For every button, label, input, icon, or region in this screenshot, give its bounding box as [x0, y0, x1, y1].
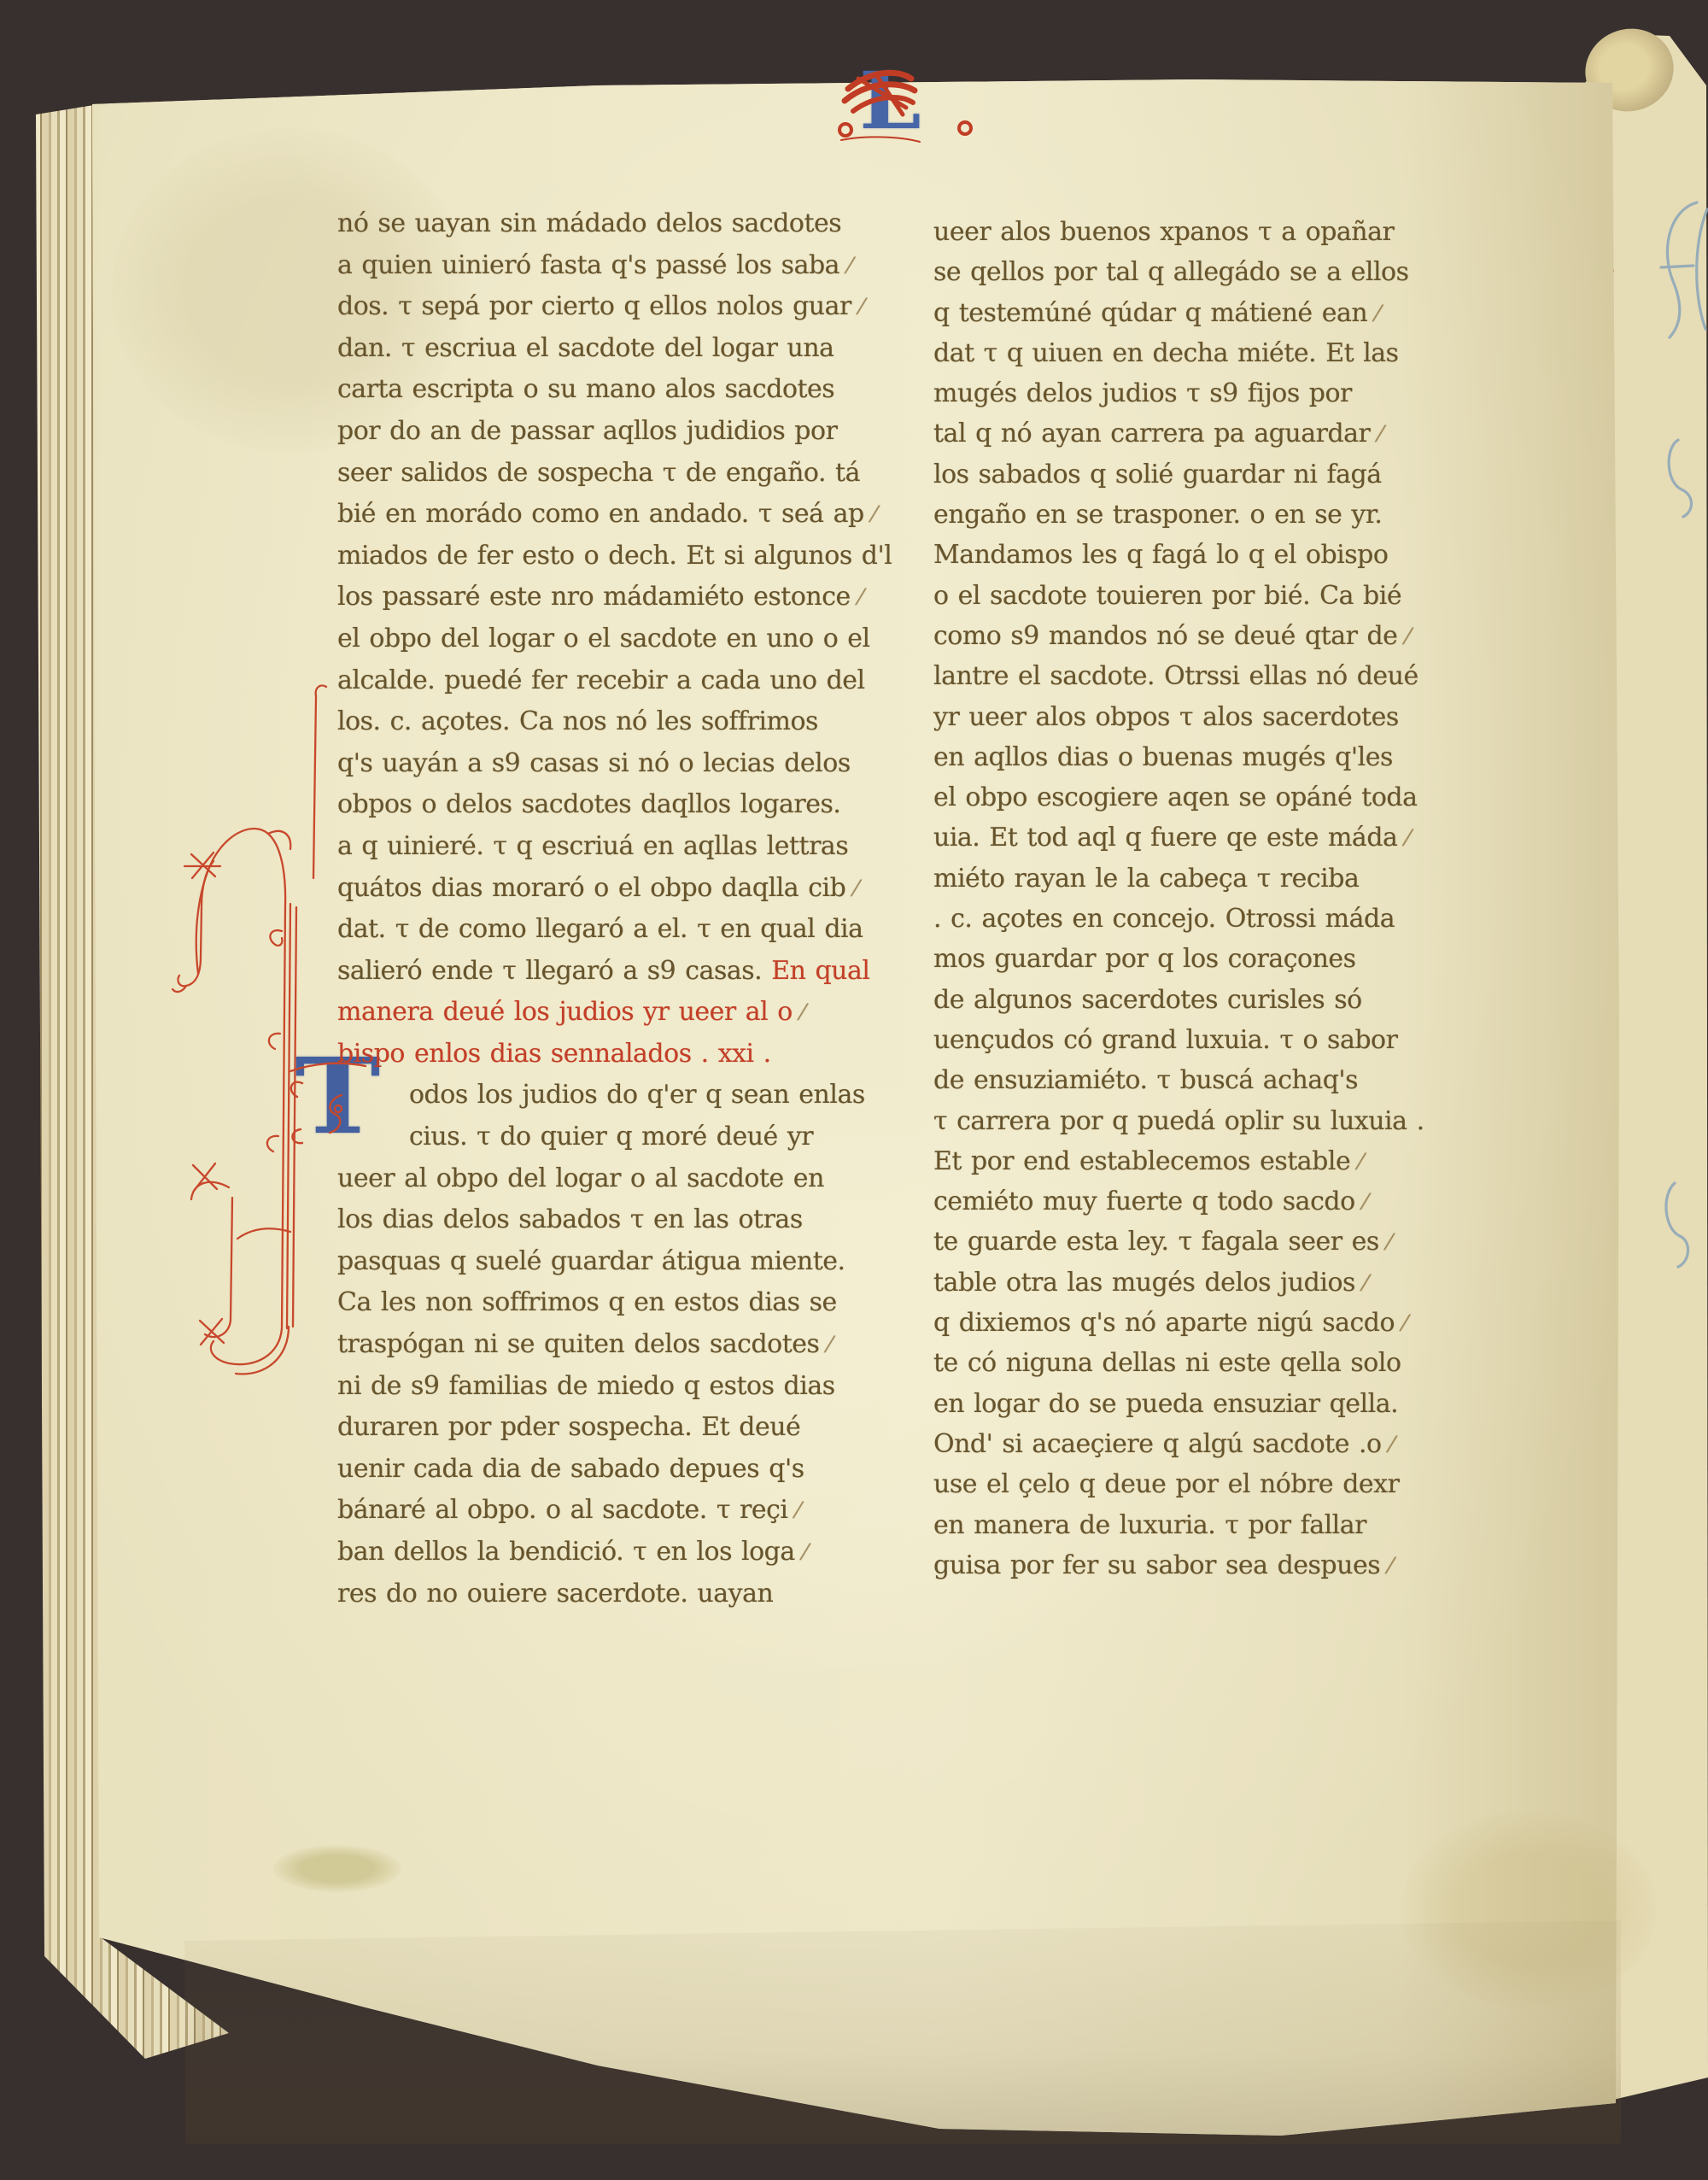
manuscript-photo: L: [0, 0, 1708, 2180]
text-line: traspógan ni se quiten delos sacdotes⁄: [337, 1324, 935, 1366]
rubric-text: manera deué los judios yr ueer al o: [337, 997, 793, 1027]
body-text: se qellos por tal q allegádo se a ellos: [933, 257, 1409, 287]
body-text: en manera de luxuria. τ por fallar: [933, 1510, 1366, 1540]
body-text: te có niguna dellas ni este qella solo: [933, 1348, 1401, 1378]
text-line: dat. τ de como llegaró a el. τ en qual d…: [337, 909, 935, 951]
body-text: table otra las mugés delos judios: [933, 1268, 1355, 1298]
text-line: Ond' si acaeçiere q algú sacdote .o⁄: [933, 1424, 1531, 1464]
body-text: los. c. açotes. Ca nos nó les soffrimos: [337, 706, 818, 736]
line-end-flourish: ⁄: [797, 1498, 800, 1524]
text-line: a q uinieré. τ q escriuá en aqllas lettr…: [337, 826, 935, 868]
text-line: quátos dias moraró o el obpo daqlla cib⁄: [337, 868, 935, 910]
folio-letter: L: [859, 58, 921, 144]
text-line: carta escripta o su mano alos sacdotes: [337, 369, 935, 411]
body-text: bánaré al obpo. o al sacdote. τ reçi: [337, 1495, 788, 1525]
text-line: yr ueer alos obpos τ alos sacerdotes: [933, 697, 1531, 737]
text-line: table otra las mugés delos judios⁄: [933, 1263, 1531, 1303]
line-end-flourish: ⁄: [828, 1333, 831, 1358]
body-text: odos los judios do q'er q sean enlas: [409, 1080, 865, 1110]
line-end-flourish: ⁄: [873, 502, 876, 528]
body-text: por do an de passar aqllos judidios por: [337, 416, 837, 446]
text-line: Ca les non soffrimos q en estos dias se: [337, 1282, 935, 1324]
text-line: q's uayán a s9 casas si nó o lecias delo…: [337, 743, 935, 785]
text-line: lantre el sacdote. Otrssi ellas nó deué: [933, 656, 1531, 696]
body-text: q testemúné qúdar q mátiené ean: [933, 298, 1367, 328]
text-line: nó se uayan sin mádado delos sacdotes: [337, 203, 935, 245]
text-line: obpos o delos sacdotes daqllos logares.: [337, 784, 935, 826]
body-text: q's uayán a s9 casas si nó o lecias delo…: [337, 748, 851, 778]
body-text: q dixiemos q's nó aparte nigú sacdo: [933, 1308, 1395, 1338]
text-line: ban dellos la bendició. τ en los loga⁄: [337, 1532, 935, 1573]
text-line: alcalde. puedé fer recebir a cada uno de…: [337, 660, 935, 702]
body-text: cemiéto muy fuerte q todo sacdo: [933, 1187, 1355, 1216]
text-line: seer salidos de sospecha τ de engaño. tá: [337, 453, 935, 495]
body-text: seer salidos de sospecha τ de engaño. tá: [337, 458, 860, 488]
text-line: odos los judios do q'er q sean enlas: [337, 1075, 935, 1116]
line-end-flourish: ⁄: [1359, 1150, 1362, 1175]
body-text: miéto rayan le la cabeça τ reciba: [933, 864, 1359, 894]
line-end-flourish: ⁄: [1376, 302, 1379, 327]
text-line: se qellos por tal q allegádo se a ellos: [933, 252, 1531, 292]
text-line: en logar do se pueda ensuziar qella.: [933, 1384, 1531, 1424]
line-end-flourish: ⁄: [1406, 826, 1409, 852]
text-line: bispo enlos dias sennalados . xxi .: [337, 1034, 935, 1075]
text-line: mos guardar por q los coraçones: [933, 939, 1531, 979]
body-text: Mandamos les q fagá lo q el obispo: [933, 540, 1388, 570]
line-end-flourish: ⁄: [848, 254, 851, 279]
line-end-flourish: ⁄: [1406, 624, 1409, 650]
body-text: lantre el sacdote. Otrssi ellas nó deué: [933, 661, 1418, 691]
body-text: ban dellos la bendició. τ en los loga: [337, 1537, 795, 1567]
body-text: quátos dias moraró o el obpo daqlla cib: [337, 873, 845, 903]
text-line: en aqllos dias o buenas mugés q'les: [933, 737, 1531, 777]
text-line: cemiéto muy fuerte q todo sacdo⁄: [933, 1181, 1531, 1222]
body-text: obpos o delos sacdotes daqllos logares.: [337, 789, 840, 819]
body-text: pasquas q suelé guardar átigua miente.: [337, 1246, 845, 1276]
body-text: engaño en se trasponer. o en se yr.: [933, 500, 1382, 530]
body-text: duraren por pder sospecha. Et deué: [337, 1412, 800, 1442]
body-text: . c. açotes en concejo. Otrossi máda: [933, 904, 1395, 934]
rubric-text: bispo enlos dias sennalados . xxi .: [337, 1039, 771, 1069]
body-text: Et por end establecemos estable: [933, 1146, 1350, 1176]
body-text: el obpo del logar o el sacdote en uno o …: [337, 624, 870, 653]
text-column-right: ueer alos buenos xpanos τ a opañarse qel…: [933, 212, 1531, 1585]
body-text: uenir cada dia de sabado depues q's: [337, 1454, 804, 1484]
line-end-flourish: ⁄: [1388, 1230, 1391, 1256]
text-line: uençudos có grand luxuia. τ o sabor: [933, 1020, 1531, 1060]
text-line: por do an de passar aqllos judidios por: [337, 411, 935, 453]
body-text: los sabados q solié guardar ni fagá: [933, 460, 1382, 489]
text-line: pasquas q suelé guardar átigua miente.: [337, 1241, 935, 1283]
text-line: dan. τ escriua el sacdote del logar una: [337, 328, 935, 370]
body-text: como s9 mandos nó se deué qtar de: [933, 621, 1397, 651]
body-text: ueer al obpo del logar o al sacdote en: [337, 1163, 824, 1193]
body-text: nó se uayan sin mádado delos sacdotes: [337, 208, 841, 238]
body-text: uia. Et tod aql q fuere qe este máda: [933, 823, 1397, 853]
body-text: τ carrera por q puedá oplir su luxuia .: [933, 1106, 1424, 1136]
body-text: ni de s9 familias de miedo q estos dias: [337, 1371, 835, 1401]
text-line: los sabados q solié guardar ni fagá: [933, 454, 1531, 495]
text-line: o el sacdote touieren por bié. Ca bié: [933, 576, 1531, 616]
line-end-flourish: ⁄: [804, 1540, 807, 1566]
body-text: dat. τ de como llegaró a el. τ en qual d…: [337, 914, 863, 944]
body-text: miados de fer esto o dech. Et si algunos…: [337, 541, 892, 571]
text-line: miéto rayan le la cabeça τ reciba: [933, 859, 1531, 899]
body-text: mos guardar por q los coraçones: [933, 944, 1356, 974]
body-text: bié en morádo como en andado. τ seá ap: [337, 499, 864, 529]
body-text: yr ueer alos obpos τ alos sacerdotes: [933, 702, 1399, 732]
body-text: a quien uinieró fasta q's passé los saba: [337, 250, 839, 280]
text-line: bánaré al obpo. o al sacdote. τ reçi⁄: [337, 1490, 935, 1532]
text-line: ni de s9 familias de miedo q estos dias: [337, 1366, 935, 1408]
text-line: ueer alos buenos xpanos τ a opañar: [933, 212, 1531, 252]
text-line: uenir cada dia de sabado depues q's: [337, 1449, 935, 1491]
body-text: guisa por fer su sabor sea despues: [933, 1550, 1380, 1580]
line-end-flourish: ⁄: [801, 1000, 804, 1026]
text-line: el obpo del logar o el sacdote en uno o …: [337, 618, 935, 660]
text-line: como s9 mandos nó se deué qtar de⁄: [933, 616, 1531, 656]
text-line: el obpo escogiere aqen se opáné toda: [933, 777, 1531, 817]
line-end-flourish: ⁄: [854, 876, 857, 902]
body-text: de algunos sacerdotes curisles só: [933, 985, 1362, 1015]
line-end-flourish: ⁄: [1364, 1190, 1367, 1216]
line-end-flourish: ⁄: [1403, 1311, 1407, 1337]
text-column-left: nó se uayan sin mádado delos sacdotesa q…: [337, 203, 935, 1614]
text-line: duraren por pder sospecha. Et deué: [337, 1407, 935, 1449]
line-end-flourish: ⁄: [860, 295, 863, 320]
body-text: salieró ende τ llegaró a s9 casas.: [337, 956, 771, 986]
body-text: en logar do se pueda ensuziar qella.: [933, 1389, 1398, 1419]
text-line: Mandamos les q fagá lo q el obispo: [933, 535, 1531, 575]
body-text: cius. τ do quier q moré deué yr: [409, 1122, 813, 1152]
text-line: res do no ouiere sacerdote. uayan: [337, 1573, 935, 1615]
text-line: uia. Et tod aql q fuere qe este máda⁄: [933, 817, 1531, 858]
body-text: Ca les non soffrimos q en estos dias se: [337, 1287, 837, 1317]
body-text: dat τ q uiuen en decha miéte. Et las: [933, 338, 1399, 368]
body-text: el obpo escogiere aqen se opáné toda: [933, 782, 1418, 812]
body-text: tal q nó ayan carrera pa aguardar: [933, 419, 1370, 448]
line-end-flourish: ⁄: [859, 585, 863, 611]
text-line: use el çelo q deue por el nóbre dexr: [933, 1464, 1531, 1504]
body-text: use el çelo q deue por el nóbre dexr: [933, 1469, 1399, 1499]
text-line: . c. açotes en concejo. Otrossi máda: [933, 899, 1531, 939]
text-line: salieró ende τ llegaró a s9 casas. En qu…: [337, 951, 935, 993]
text-line: cius. τ do quier q moré deué yr: [337, 1116, 935, 1158]
rubric-text: En qual: [771, 956, 869, 986]
text-line: de ensuziamiéto. τ buscá achaq's: [933, 1060, 1531, 1100]
body-text: Ond' si acaeçiere q algú sacdote .o: [933, 1429, 1382, 1459]
text-line: en manera de luxuria. τ por fallar: [933, 1505, 1531, 1545]
body-text: mugés delos judios τ s9 fijos por: [933, 378, 1352, 408]
body-text: traspógan ni se quiten delos sacdotes: [337, 1329, 819, 1359]
body-text: los dias delos sabados τ en las otras: [337, 1204, 803, 1234]
text-line: los passaré este nro mádamiéto estonce⁄: [337, 577, 935, 618]
text-line: los. c. açotes. Ca nos nó les soffrimos: [337, 701, 935, 743]
text-line: bié en morádo como en andado. τ seá ap⁄: [337, 494, 935, 536]
body-text: res do no ouiere sacerdote. uayan: [337, 1579, 773, 1609]
body-text: en aqllos dias o buenas mugés q'les: [933, 742, 1393, 772]
text-line: τ carrera por q puedá oplir su luxuia .: [933, 1101, 1531, 1141]
text-line: dat τ q uiuen en decha miéte. Et las: [933, 333, 1531, 373]
text-line: mugés delos judios τ s9 fijos por: [933, 373, 1531, 413]
body-text: uençudos có grand luxuia. τ o sabor: [933, 1025, 1397, 1055]
text-line: manera deué los judios yr ueer al o⁄: [337, 992, 935, 1034]
text-line: tal q nó ayan carrera pa aguardar⁄: [933, 413, 1531, 454]
text-line: los dias delos sabados τ en las otras: [337, 1199, 935, 1241]
text-line: q dixiemos q's nó aparte nigú sacdo⁄: [933, 1303, 1531, 1343]
body-text: o el sacdote touieren por bié. Ca bié: [933, 581, 1401, 611]
line-end-flourish: ⁄: [1364, 1271, 1367, 1297]
body-text: ueer alos buenos xpanos τ a opañar: [933, 217, 1394, 247]
text-line: te có niguna dellas ni este qella solo: [933, 1343, 1531, 1383]
text-line: q testemúné qúdar q mátiené ean⁄: [933, 293, 1531, 333]
body-text: dan. τ escriua el sacdote del logar una: [337, 333, 834, 363]
text-line: de algunos sacerdotes curisles só: [933, 980, 1531, 1020]
text-line: miados de fer esto o dech. Et si algunos…: [337, 536, 935, 577]
body-text: los passaré este nro mádamiéto estonce: [337, 582, 851, 612]
text-line: guisa por fer su sabor sea despues⁄: [933, 1545, 1531, 1585]
body-text: te guarde esta ley. τ fagala seer es: [933, 1227, 1379, 1257]
text-line: engaño en se trasponer. o en se yr.: [933, 495, 1531, 535]
line-end-flourish: ⁄: [1389, 1554, 1392, 1579]
body-text: de ensuziamiéto. τ buscá achaq's: [933, 1065, 1358, 1095]
body-text: dos. τ sepá por cierto q ellos nolos gua…: [337, 291, 851, 321]
text-line: ueer al obpo del logar o al sacdote en: [337, 1158, 935, 1200]
text-line: a quien uinieró fasta q's passé los saba…: [337, 245, 935, 287]
text-line: dos. τ sepá por cierto q ellos nolos gua…: [337, 286, 935, 328]
body-text: alcalde. puedé fer recebir a cada uno de…: [337, 665, 865, 695]
body-text: carta escripta o su mano alos sacdotes: [337, 374, 834, 404]
body-text: a q uinieré. τ q escriuá en aqllas lettr…: [337, 831, 848, 861]
text-line: te guarde esta ley. τ fagala seer es⁄: [933, 1222, 1531, 1262]
line-end-flourish: ⁄: [1378, 422, 1382, 448]
line-end-flourish: ⁄: [1390, 1433, 1394, 1458]
text-line: Et por end establecemos estable⁄: [933, 1141, 1531, 1181]
